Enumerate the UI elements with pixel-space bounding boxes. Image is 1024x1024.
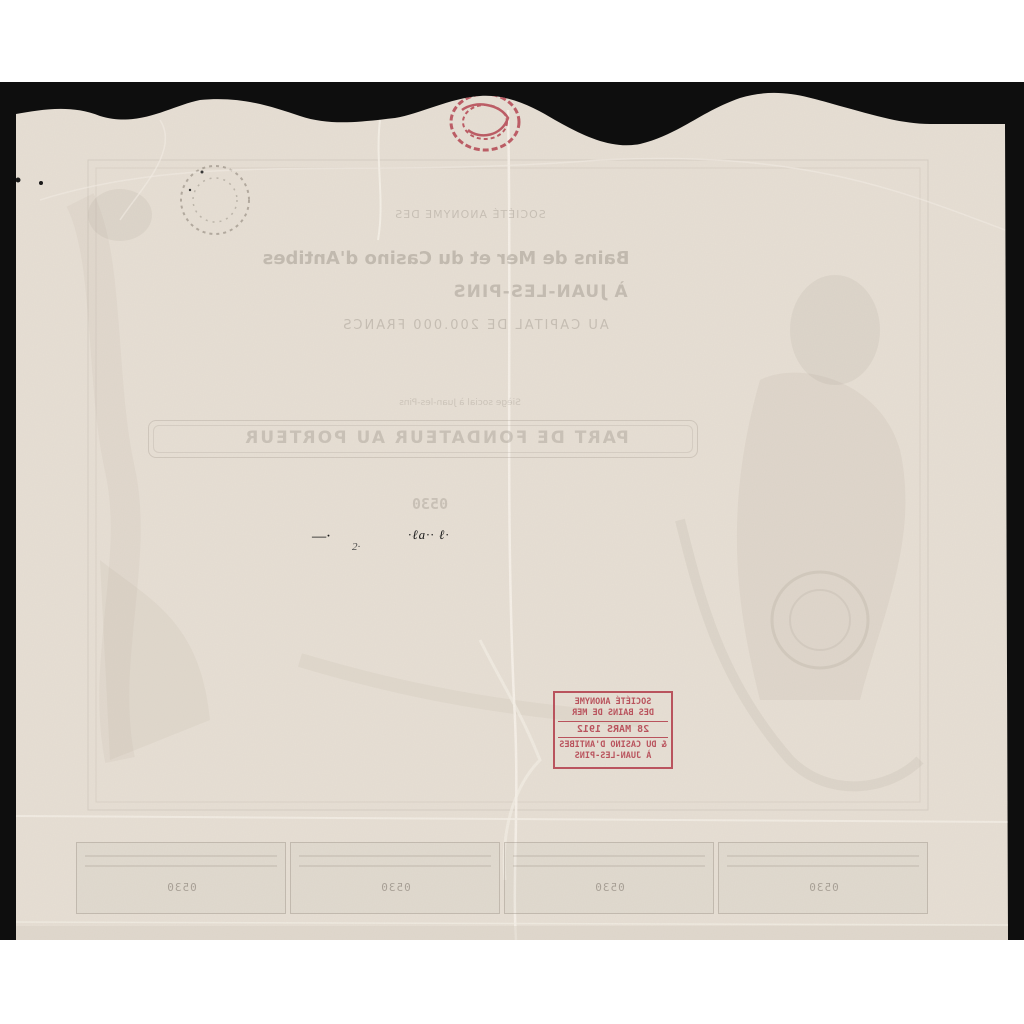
certificate-title-banner: PART DE FONDATEUR AU PORTEUR — [176, 428, 696, 448]
stamp-date: 28 MARS 1912 — [558, 721, 668, 738]
coupon-number: 0530 — [380, 881, 411, 894]
red-date-stamp: SOCIÉTÉ ANONYME DES BAINS DE MER 28 MARS… — [553, 691, 673, 769]
coupon: 0530 — [76, 842, 286, 914]
coupon-number: 0530 — [594, 881, 625, 894]
coupon-strip: 0530 0530 0530 0530 — [76, 842, 928, 914]
handwritten-signature: ·ℓa·· ℓ· — [408, 527, 450, 543]
stamp-line: À JUAN-LES-PINS — [555, 751, 671, 762]
company-type-text: SOCIÉTÉ ANONYME DES — [300, 208, 640, 221]
handwritten-note: 2· — [352, 541, 360, 553]
stamp-line: SOCIÉTÉ ANONYME — [555, 697, 671, 708]
capital-text: AU CAPITAL DE 200.000 FRANCS — [290, 318, 660, 333]
seat-text: Siège social à Juan-les-Pins — [360, 398, 560, 408]
coupon: 0530 — [504, 842, 714, 914]
company-location-text: À JUAN-LES-PINS — [400, 282, 680, 302]
stamp-line: & DU CASINO D'ANTIBES — [555, 740, 671, 751]
coupon-number: 0530 — [166, 881, 197, 894]
handwritten-mark: —· — [312, 528, 330, 546]
coupon: 0530 — [290, 842, 500, 914]
coupon: 0530 — [718, 842, 928, 914]
coupon-number: 0530 — [808, 881, 839, 894]
serial-number: 0530 — [400, 495, 460, 513]
stamp-line: DES BAINS DE MER — [555, 708, 671, 719]
company-name-text: Bains de Mer et du Casino d'Antibes — [236, 248, 656, 269]
